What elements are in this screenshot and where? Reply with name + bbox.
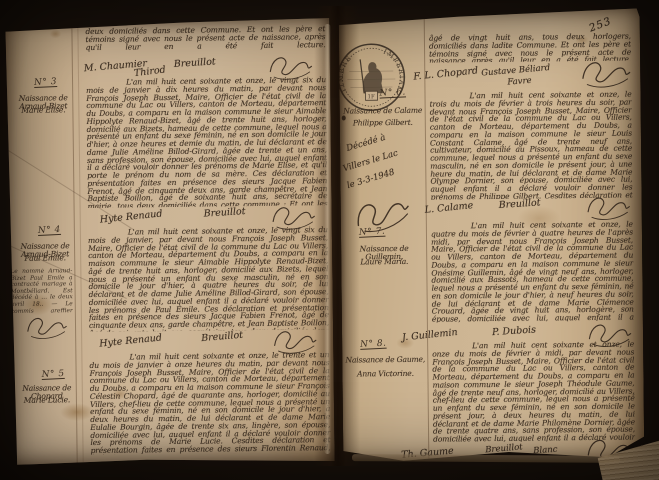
signature-row: F. L. Chopard Gustave Béliard Favre [339,62,640,87]
margin-name-act7-line2: Laure Maria. [341,258,427,267]
signature: J. Guillemin [402,327,459,343]
scanned-register-photo: N° 3 Naissance de Arnaud-Bizet Marie Eli… [0,0,659,480]
margin-name-act8-line2: Anna Victorine. [342,370,428,379]
ink-stain [49,29,61,38]
birth-act-4-text: L'an mil huit cent soixante et onze, le … [88,226,329,332]
margin-name-act8-line1: Naissance de Gaume, [342,356,428,365]
signature: Breuillot [203,206,246,220]
signature: P. Dubois [492,324,537,338]
act-number-5: N° 5 [41,369,64,380]
page-stack-edge [352,454,620,463]
birth-act-3-text: L'an mil huit cent soixante et onze, le … [86,76,328,208]
margin-name-act6-line2: Philippe Gilbert. [340,119,426,128]
signature: F. L. Chopard [413,65,479,82]
margin-name-act6-line1: Naissance de Calame [340,107,426,116]
officer-signature-flourish [581,192,637,223]
signature: L. Calame [424,200,473,216]
birth-act-6-text: L'an mil huit cent soixante et onze, le … [429,91,632,200]
marriage-mention-note: Le nommé Arnaud-Bizet Paul Emile a contr… [10,268,73,313]
right-page: 253 TIMBRE IMPERIAL 1F [339,8,645,464]
signature: Breuillot [485,442,523,455]
stamp-value: 1F [368,94,376,100]
officer-signature-flourish [577,56,635,91]
signature: Hyte Renaud [99,208,163,225]
signature-row: L. Calame Breuillot [341,197,642,222]
birth-act-5-text-start: L'an mil huit cent soixante et onze, le … [89,351,330,455]
margin-name-act3-line2: Marie Elise. [6,106,80,115]
signature: Favre [507,76,532,88]
folio-number: 253 [587,15,613,34]
margin-name-act4-line2: Paul Emile. [8,254,82,263]
left-page: N° 3 Naissance de Arnaud-Bizet Marie Eli… [5,18,334,465]
birth-act-7-text: L'an mil huit cent soixante et onze, le … [431,221,634,323]
death-mention-line3: le 3-3-1948 [346,168,396,191]
signature: Hyte Renaud [99,332,163,349]
signature: Breuillot [174,56,217,70]
margin-name-act5-line2: Marie Lucie. [10,396,84,405]
death-mention-line1: Décédé à [346,134,387,154]
signature: Breuillot [498,197,541,211]
signature: Thirod [133,64,166,79]
act-number-7: N° 7. [359,227,386,238]
signature: Breuillot [201,330,244,344]
previous-act-ending: deux domiciliés dans cette Commune. Et o… [85,25,325,54]
act-number-6: N° 6. [379,87,406,98]
birth-act-8-text: L'an mil huit cent soixante et onze, le … [432,341,635,443]
